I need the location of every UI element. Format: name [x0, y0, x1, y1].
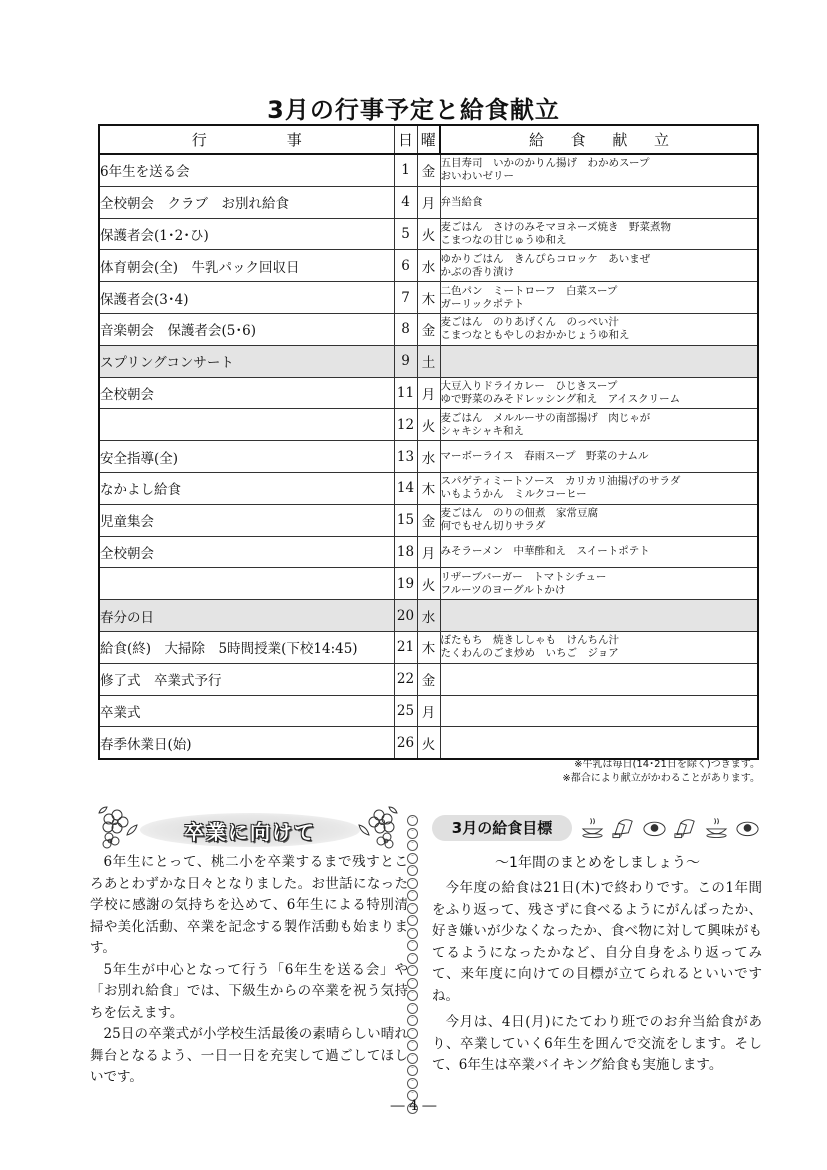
weekday-cell: 水: [417, 441, 440, 473]
weekday-cell: 木: [417, 631, 440, 663]
event-cell: 保護者会(1･2･ひ): [99, 218, 394, 250]
table-row: 全校朝会 クラブ お別れ給食4月弁当給食: [99, 186, 758, 218]
fried-egg-icon: [642, 815, 667, 839]
event-cell: [99, 568, 394, 600]
weekday-cell: 金: [417, 154, 440, 186]
header-weekday: 曜: [417, 125, 440, 154]
menu-cell: 弁当給食: [440, 186, 758, 218]
flower-icon: [95, 805, 141, 851]
menu-line-1: 五目寿司 いかのかりん揚げ わかめスープ: [441, 157, 758, 170]
day-cell: 19: [394, 568, 417, 600]
graduation-banner: 卒業に向けて: [95, 805, 405, 855]
event-cell: [99, 409, 394, 441]
smiley-icon: ˘: [407, 915, 418, 926]
weekday-cell: 水: [417, 600, 440, 632]
table-row: 体育朝会(全) 牛乳パック回収日6水ゆかりごはん きんぴらコロッケ あいまぜかぶ…: [99, 250, 758, 282]
event-cell: 児童集会: [99, 504, 394, 536]
weekday-cell: 木: [417, 472, 440, 504]
table-row: 音楽朝会 保護者会(5･6)8金麦ごはん のりあげくん のっぺい汁こまつなともや…: [99, 313, 758, 345]
day-cell: 8: [394, 313, 417, 345]
paragraph: 6年生にとって、桃二小を卒業するまで残すところあとわずかな日々となりました。お世…: [90, 852, 408, 960]
menu-cell: リザーブバーガー トマトシチューフルーツのヨーグルトかけ: [440, 568, 758, 600]
menu-line-1: 麦ごはん さけのみそマヨネーズ焼き 野菜煮物: [441, 221, 758, 234]
smiley-icon: ˘: [407, 1053, 418, 1064]
table-row: 保護者会(1･2･ひ)5火麦ごはん さけのみそマヨネーズ焼き 野菜煮物こまつなの…: [99, 218, 758, 250]
menu-line-1: 麦ごはん メルルーサの南部揚げ 肉じゃが: [441, 412, 758, 425]
paragraph: 25日の卒業式が小学校生活最後の素晴らしい晴れ舞台となるよう、一日一日を充実して…: [90, 1024, 408, 1089]
food-icons: [580, 814, 760, 840]
menu-line-1: ゆかりごはん きんぴらコロッケ あいまぜ: [441, 253, 758, 266]
note-menu-change: ※都合により献立がかわることがあります。: [480, 772, 760, 786]
day-cell: 25: [394, 695, 417, 727]
weekday-cell: 火: [417, 409, 440, 441]
smiley-icon: ˘: [407, 1015, 418, 1026]
menu-line-2: ゆで野菜のみそドレッシング和え アイスクリーム: [441, 393, 758, 406]
header-day: 日: [394, 125, 417, 154]
smiley-icon: ˘: [407, 890, 418, 901]
menu-line-2: こまつなの甘じゅうゆ和え: [441, 234, 758, 247]
menu-cell: ゆかりごはん きんぴらコロッケ あいまぜかぶの香り漬け: [440, 250, 758, 282]
table-row: 給食(終) 大掃除 5時間授業(下校14:45)21木ぼたもち 焼きししゃも け…: [99, 631, 758, 663]
menu-cell: 麦ごはん のりの佃煮 家常豆腐何でもせん切りサラダ: [440, 504, 758, 536]
menu-line-1: スパゲティミートソース カリカリ油揚げのサラダ: [441, 475, 758, 488]
smiley-icon: ˘: [407, 978, 418, 989]
smiley-icon: ˘: [407, 815, 418, 826]
table-row: なかよし給食14木スパゲティミートソース カリカリ油揚げのサラダいもようかん ミ…: [99, 472, 758, 504]
smiley-icon: ˘: [407, 1003, 418, 1014]
soup-bowl-icon: [580, 815, 605, 839]
smiley-icon: ˘: [407, 1065, 418, 1076]
weekday-cell: 金: [417, 504, 440, 536]
page-title: 3月の行事予定と給食献立: [0, 90, 827, 125]
event-cell: 全校朝会: [99, 536, 394, 568]
menu-cell: [440, 663, 758, 695]
weekday-cell: 月: [417, 377, 440, 409]
day-cell: 18: [394, 536, 417, 568]
smiley-icon: ˘: [407, 865, 418, 876]
page-number: ― 4 ―: [0, 1098, 827, 1114]
lunch-goal-badge: 3月の給食目標: [432, 815, 572, 841]
table-row: 19火リザーブバーガー トマトシチューフルーツのヨーグルトかけ: [99, 568, 758, 600]
menu-cell: ぼたもち 焼きししゃも けんちん汁たくわんのごま炒め いちご ジョア: [440, 631, 758, 663]
menu-cell: みそラーメン 中華酢和え スイートポテト: [440, 536, 758, 568]
table-row: 6年生を送る会1金五目寿司 いかのかりん揚げ わかめスープおいわいゼリー: [99, 154, 758, 186]
lunch-goal-article-2: 今月は、4日(月)にたてわり班でのお弁当給食があり、卒業していく6年生を囲んで交…: [432, 1012, 762, 1077]
bread-icon: [611, 815, 636, 839]
table-row: 安全指導(全)13水マーボーライス 春雨スープ 野菜のナムル: [99, 441, 758, 473]
menu-cell: [440, 727, 758, 759]
menu-line-1: ぼたもち 焼きししゃも けんちん汁: [441, 634, 758, 647]
event-cell: スプリングコンサート: [99, 345, 394, 377]
event-cell: 全校朝会: [99, 377, 394, 409]
weekday-cell: 月: [417, 695, 440, 727]
flower-icon: [357, 805, 403, 851]
menu-line-1: 大豆入りドライカレー ひじきスープ: [441, 380, 758, 393]
table-row: 児童集会15金麦ごはん のりの佃煮 家常豆腐何でもせん切りサラダ: [99, 504, 758, 536]
weekday-cell: 火: [417, 568, 440, 600]
event-cell: 修了式 卒業式予行: [99, 663, 394, 695]
menu-line-2: フルーツのヨーグルトかけ: [441, 584, 758, 597]
smiley-icon: ˘: [407, 953, 418, 964]
weekday-cell: 金: [417, 663, 440, 695]
note-milk: ※牛乳は毎日(14･21日を除く)つきます。: [480, 758, 760, 772]
smiley-icon: ˘: [407, 928, 418, 939]
event-cell: 安全指導(全): [99, 441, 394, 473]
menu-cell: マーボーライス 春雨スープ 野菜のナムル: [440, 441, 758, 473]
menu-line-2: かぶの香り漬け: [441, 266, 758, 279]
day-cell: 15: [394, 504, 417, 536]
menu-line-2: たくわんのごま炒め いちご ジョア: [441, 647, 758, 660]
menu-line-1: リザーブバーガー トマトシチュー: [441, 571, 758, 584]
smiley-icon: ˘: [407, 965, 418, 976]
table-row: 春季休業日(始)26火: [99, 727, 758, 759]
smiley-icon: ˘: [407, 1078, 418, 1089]
paragraph: 今月は、4日(月)にたてわり班でのお弁当給食があり、卒業していく6年生を囲んで交…: [432, 1012, 762, 1077]
schedule-table: 行 事 日 曜 給食献立 6年生を送る会1金五目寿司 いかのかりん揚げ わかめス…: [98, 124, 759, 760]
menu-cell: 麦ごはん のりあげくん のっぺい汁こまつなともやしのおかかじょうゆ和え: [440, 313, 758, 345]
menu-line-2: こまつなともやしのおかかじょうゆ和え: [441, 329, 758, 342]
lunch-goal-subtitle: ～1年間のまとめをしましょう～: [430, 852, 765, 872]
event-cell: 6年生を送る会: [99, 154, 394, 186]
day-cell: 7: [394, 282, 417, 314]
day-cell: 26: [394, 727, 417, 759]
event-cell: 春季休業日(始): [99, 727, 394, 759]
menu-line-2: 何でもせん切りサラダ: [441, 520, 758, 533]
menu-cell: 五目寿司 いかのかりん揚げ わかめスープおいわいゼリー: [440, 154, 758, 186]
menu-cell: [440, 695, 758, 727]
menu-line-2: いもようかん ミルクコーヒー: [441, 488, 758, 501]
header-event: 行 事: [99, 125, 394, 154]
menu-line-2: シャキシャキ和え: [441, 425, 758, 438]
soup-bowl-icon: [704, 815, 729, 839]
menu-line-1: みそラーメン 中華酢和え スイートポテト: [441, 545, 758, 558]
menu-cell: スパゲティミートソース カリカリ油揚げのサラダいもようかん ミルクコーヒー: [440, 472, 758, 504]
menu-cell: 大豆入りドライカレー ひじきスープゆで野菜のみそドレッシング和え アイスクリーム: [440, 377, 758, 409]
smiley-icon: ˘: [407, 990, 418, 1001]
table-row: 卒業式25月: [99, 695, 758, 727]
day-cell: 1: [394, 154, 417, 186]
day-cell: 5: [394, 218, 417, 250]
paragraph: 今年度の給食は21日(木)で終わりです。この1年間をふり返って、残さずに食べるよ…: [432, 878, 762, 1007]
event-cell: 給食(終) 大掃除 5時間授業(下校14:45): [99, 631, 394, 663]
smiley-icon: ˘: [407, 903, 418, 914]
fried-egg-icon: [735, 815, 760, 839]
menu-line-1: 麦ごはん のりあげくん のっぺい汁: [441, 316, 758, 329]
event-cell: 卒業式: [99, 695, 394, 727]
smiley-icon: ˘: [407, 940, 418, 951]
menu-line-1: 二色パン ミートローフ 白菜スープ: [441, 285, 758, 298]
day-cell: 14: [394, 472, 417, 504]
weekday-cell: 水: [417, 250, 440, 282]
smiley-icon: ˘: [407, 853, 418, 864]
table-header-row: 行 事 日 曜 給食献立: [99, 125, 758, 154]
table-row: 全校朝会11月大豆入りドライカレー ひじきスープゆで野菜のみそドレッシング和え …: [99, 377, 758, 409]
day-cell: 4: [394, 186, 417, 218]
day-cell: 11: [394, 377, 417, 409]
weekday-cell: 金: [417, 313, 440, 345]
menu-cell: 二色パン ミートローフ 白菜スープガーリックポテト: [440, 282, 758, 314]
menu-cell: 麦ごはん さけのみそマヨネーズ焼き 野菜煮物こまつなの甘じゅうゆ和え: [440, 218, 758, 250]
bread-icon: [673, 815, 698, 839]
smiley-icon: ˘: [407, 840, 418, 851]
event-cell: 音楽朝会 保護者会(5･6): [99, 313, 394, 345]
weekday-cell: 木: [417, 282, 440, 314]
weekday-cell: 月: [417, 536, 440, 568]
table-row: 保護者会(3･4)7木二色パン ミートローフ 白菜スープガーリックポテト: [99, 282, 758, 314]
weekday-cell: 土: [417, 345, 440, 377]
weekday-cell: 月: [417, 186, 440, 218]
weekday-cell: 火: [417, 727, 440, 759]
event-cell: 体育朝会(全) 牛乳パック回収日: [99, 250, 394, 282]
day-cell: 21: [394, 631, 417, 663]
smiley-icon: ˘: [407, 828, 418, 839]
event-cell: 全校朝会 クラブ お別れ給食: [99, 186, 394, 218]
menu-cell: [440, 600, 758, 632]
header-menu: 給食献立: [440, 125, 758, 154]
lunch-goal-article: 今年度の給食は21日(木)で終わりです。この1年間をふり返って、残さずに食べるよ…: [432, 878, 762, 1007]
paragraph: 5年生が中心となって行う「6年生を送る会」や「お別れ給食」では、下級生からの卒業…: [90, 960, 408, 1025]
day-cell: 13: [394, 441, 417, 473]
menu-cell: 麦ごはん メルルーサの南部揚げ 肉じゃがシャキシャキ和え: [440, 409, 758, 441]
smiley-icon: ˘: [407, 878, 418, 889]
menu-line-2: おいわいゼリー: [441, 170, 758, 183]
table-row: 全校朝会18月みそラーメン 中華酢和え スイートポテト: [99, 536, 758, 568]
day-cell: 20: [394, 600, 417, 632]
day-cell: 9: [394, 345, 417, 377]
event-cell: 保護者会(3･4): [99, 282, 394, 314]
table-notes: ※牛乳は毎日(14･21日を除く)つきます。 ※都合により献立がかわることがあり…: [480, 758, 760, 786]
menu-line-1: マーボーライス 春雨スープ 野菜のナムル: [441, 450, 758, 463]
day-cell: 6: [394, 250, 417, 282]
menu-cell: [440, 345, 758, 377]
table-row: 12火麦ごはん メルルーサの南部揚げ 肉じゃがシャキシャキ和え: [99, 409, 758, 441]
event-cell: 春分の日: [99, 600, 394, 632]
smiley-icon: ˘: [407, 1040, 418, 1051]
graduation-article: 6年生にとって、桃二小を卒業するまで残すところあとわずかな日々となりました。お世…: [90, 852, 408, 1089]
day-cell: 22: [394, 663, 417, 695]
table-row: スプリングコンサート9土: [99, 345, 758, 377]
graduation-heading: 卒業に向けて: [140, 816, 360, 845]
menu-line-2: ガーリックポテト: [441, 298, 758, 311]
menu-line-1: 麦ごはん のりの佃煮 家常豆腐: [441, 507, 758, 520]
table-row: 春分の日20水: [99, 600, 758, 632]
weekday-cell: 火: [417, 218, 440, 250]
smiley-divider: ˘˘˘˘˘˘˘˘˘˘˘˘˘˘˘˘˘˘˘˘˘˘˘˘: [407, 815, 419, 1075]
menu-line-1: 弁当給食: [441, 196, 758, 209]
event-cell: なかよし給食: [99, 472, 394, 504]
table-row: 修了式 卒業式予行22金: [99, 663, 758, 695]
smiley-icon: ˘: [407, 1028, 418, 1039]
day-cell: 12: [394, 409, 417, 441]
